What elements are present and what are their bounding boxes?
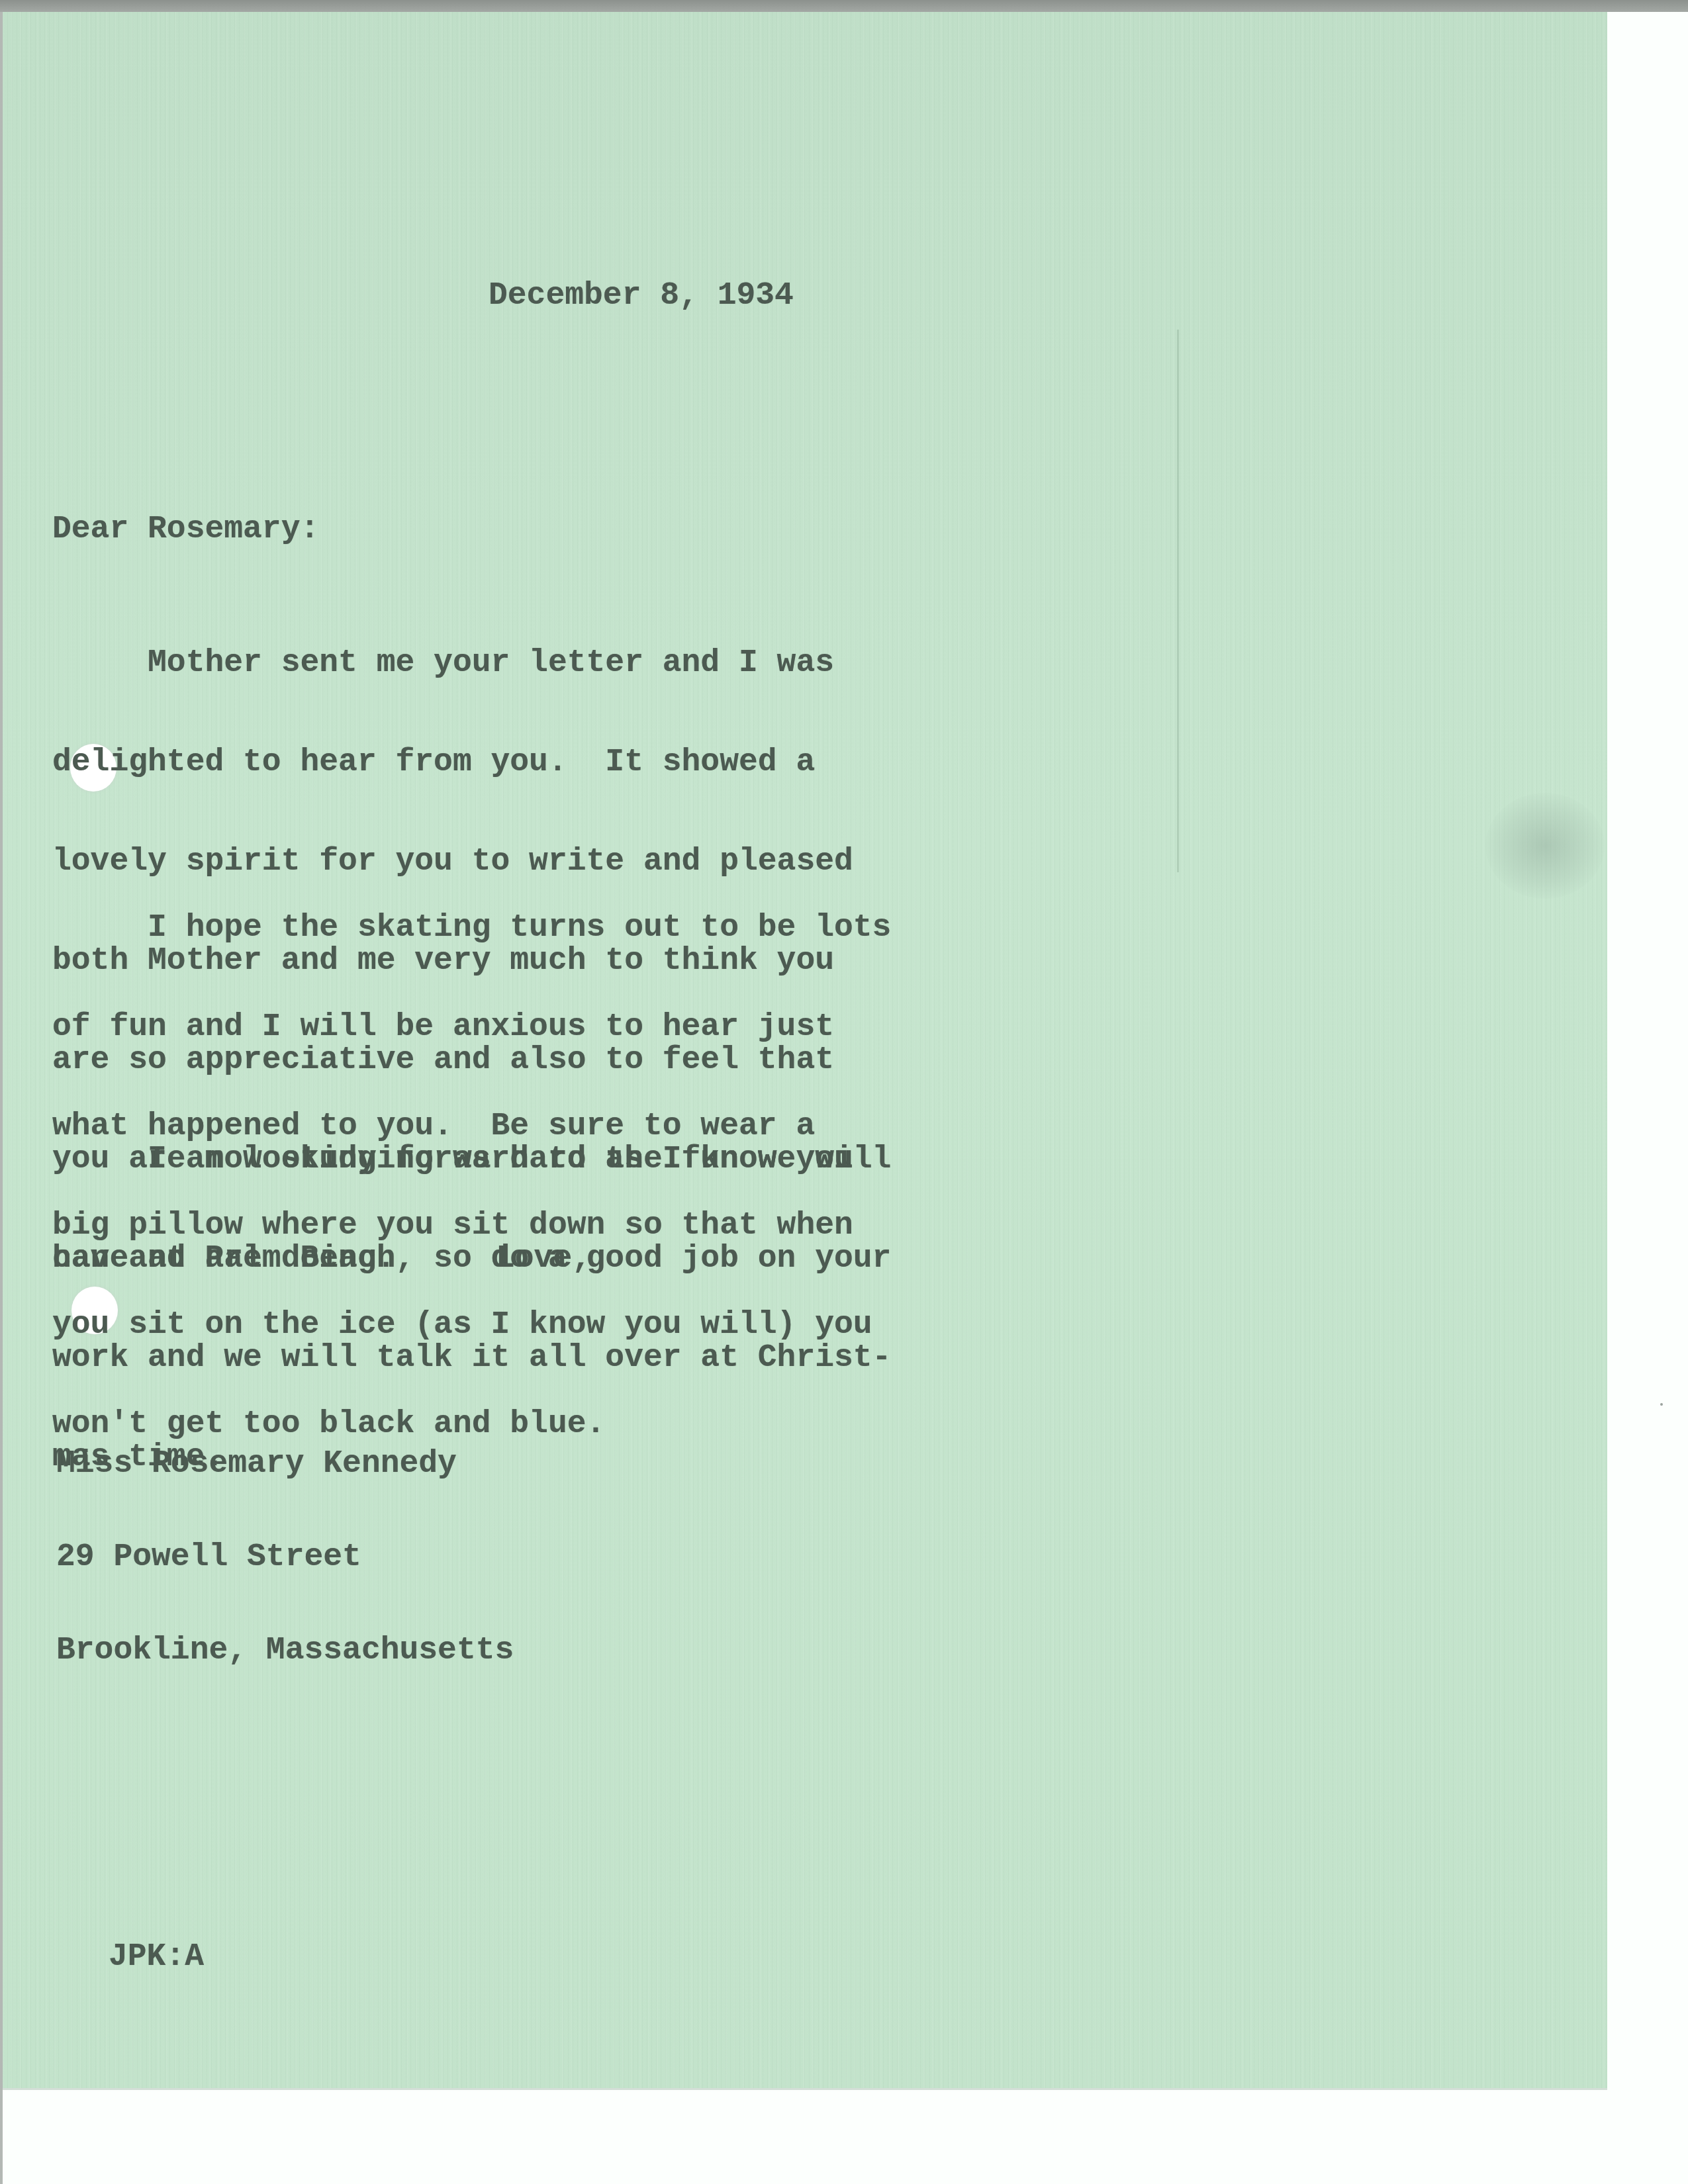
text-line: I hope the skating turns out to be lots xyxy=(52,911,891,944)
text-line: work and we will talk it all over at Chr… xyxy=(52,1342,891,1375)
scanner-top-edge xyxy=(0,0,1688,12)
paper-crease xyxy=(1177,330,1179,872)
paper-smudge xyxy=(1485,793,1605,899)
recipient-address: Miss Rosemary Kennedy 29 Powell Street B… xyxy=(56,1387,514,1729)
dust-speck xyxy=(1660,1403,1663,1406)
paper-bottom-edge xyxy=(3,2088,1607,2090)
reference-initials: JPK:A xyxy=(109,1940,204,1974)
address-line: 29 Powell Street xyxy=(56,1542,514,1573)
text-line: of fun and I will be anxious to hear jus… xyxy=(52,1011,891,1044)
address-line: Brookline, Massachusetts xyxy=(56,1635,514,1666)
text-line: Mother sent me your letter and I was xyxy=(52,647,853,680)
text-line: I am looking forward to the fun we will xyxy=(52,1143,891,1176)
text-line: have at Palm Beach, so do a good job on … xyxy=(52,1242,891,1275)
scanned-page: December 8, 1934 Dear Rosemary: Mother s… xyxy=(0,0,1688,2184)
salutation: Dear Rosemary: xyxy=(52,513,319,546)
text-line: delighted to hear from you. It showed a xyxy=(52,746,853,779)
letter-date: December 8, 1934 xyxy=(489,279,794,312)
closing: Love, xyxy=(496,1242,591,1275)
address-line: Miss Rosemary Kennedy xyxy=(56,1449,514,1480)
